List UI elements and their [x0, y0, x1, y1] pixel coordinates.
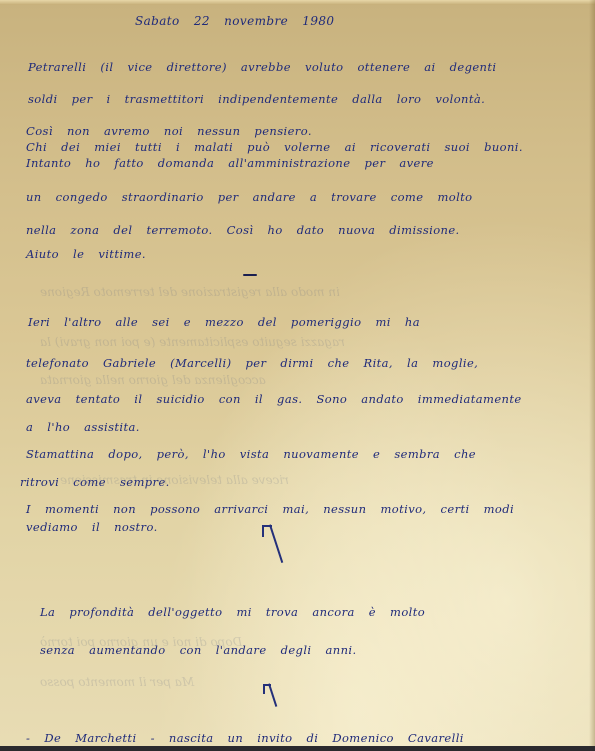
text-line: - De Marchetti - nascita un invito di Do… [26, 731, 464, 745]
section-separator [243, 274, 257, 276]
text-line: ritrovi come sempre. [20, 475, 170, 489]
text-line: Petrarelli (il vice direttore) avrebbe v… [28, 60, 496, 74]
text-line: vediamo il nostro. [26, 520, 158, 534]
text-line: soldi per i trasmettitori indipendenteme… [28, 92, 485, 106]
bleed-through-text: Ma per il momento posso [40, 675, 194, 689]
bleed-through-text: in modo alla registrazione del terremoto… [40, 285, 340, 299]
diary-page: in modo alla registrazione del terremoto… [0, 0, 595, 751]
text-line: Intanto ho fatto domanda all'amministraz… [26, 156, 434, 170]
text-line: La profondità dell'oggetto mi trova anco… [40, 605, 425, 619]
text-line: telefonato Gabriele (Marcelli) per dirmi… [26, 356, 478, 370]
bleed-through-text: ragazzi seguito esplicitamente (e poi no… [40, 335, 345, 349]
section-break-mark-stroke [268, 683, 277, 706]
paper-top-edge [0, 0, 595, 5]
bleed-through-text: accoglienza del giorno nella giornata [40, 373, 266, 387]
text-line: Chi dei miei tutti i malati può volerne … [26, 140, 523, 154]
text-line: Aiuto le vittime. [26, 247, 146, 261]
paper-right-edge [589, 0, 595, 751]
text-line: senza aumentando con l'andare degli anni… [40, 643, 357, 657]
text-line: aveva tentato il suicidio con il gas. So… [26, 392, 522, 406]
text-line: un congedo straordinario per andare a tr… [26, 190, 473, 204]
text-line: Ieri l'altro alle sei e mezzo del pomeri… [28, 315, 420, 329]
text-line: Così non avremo noi nessun pensiero. [26, 124, 312, 138]
paper-bottom-edge [0, 746, 595, 751]
text-line: nella zona del terremoto. Così ho dato n… [26, 223, 460, 237]
text-line: I momenti non possono arrivarci mai, nes… [26, 502, 514, 516]
section-break-mark-stroke [269, 524, 283, 563]
text-line: a l'ho assistita. [26, 420, 140, 434]
date-heading: Sabato 22 novembre 1980 [135, 14, 334, 28]
text-line: Stamattina dopo, però, l'ho vista nuovam… [26, 447, 476, 461]
